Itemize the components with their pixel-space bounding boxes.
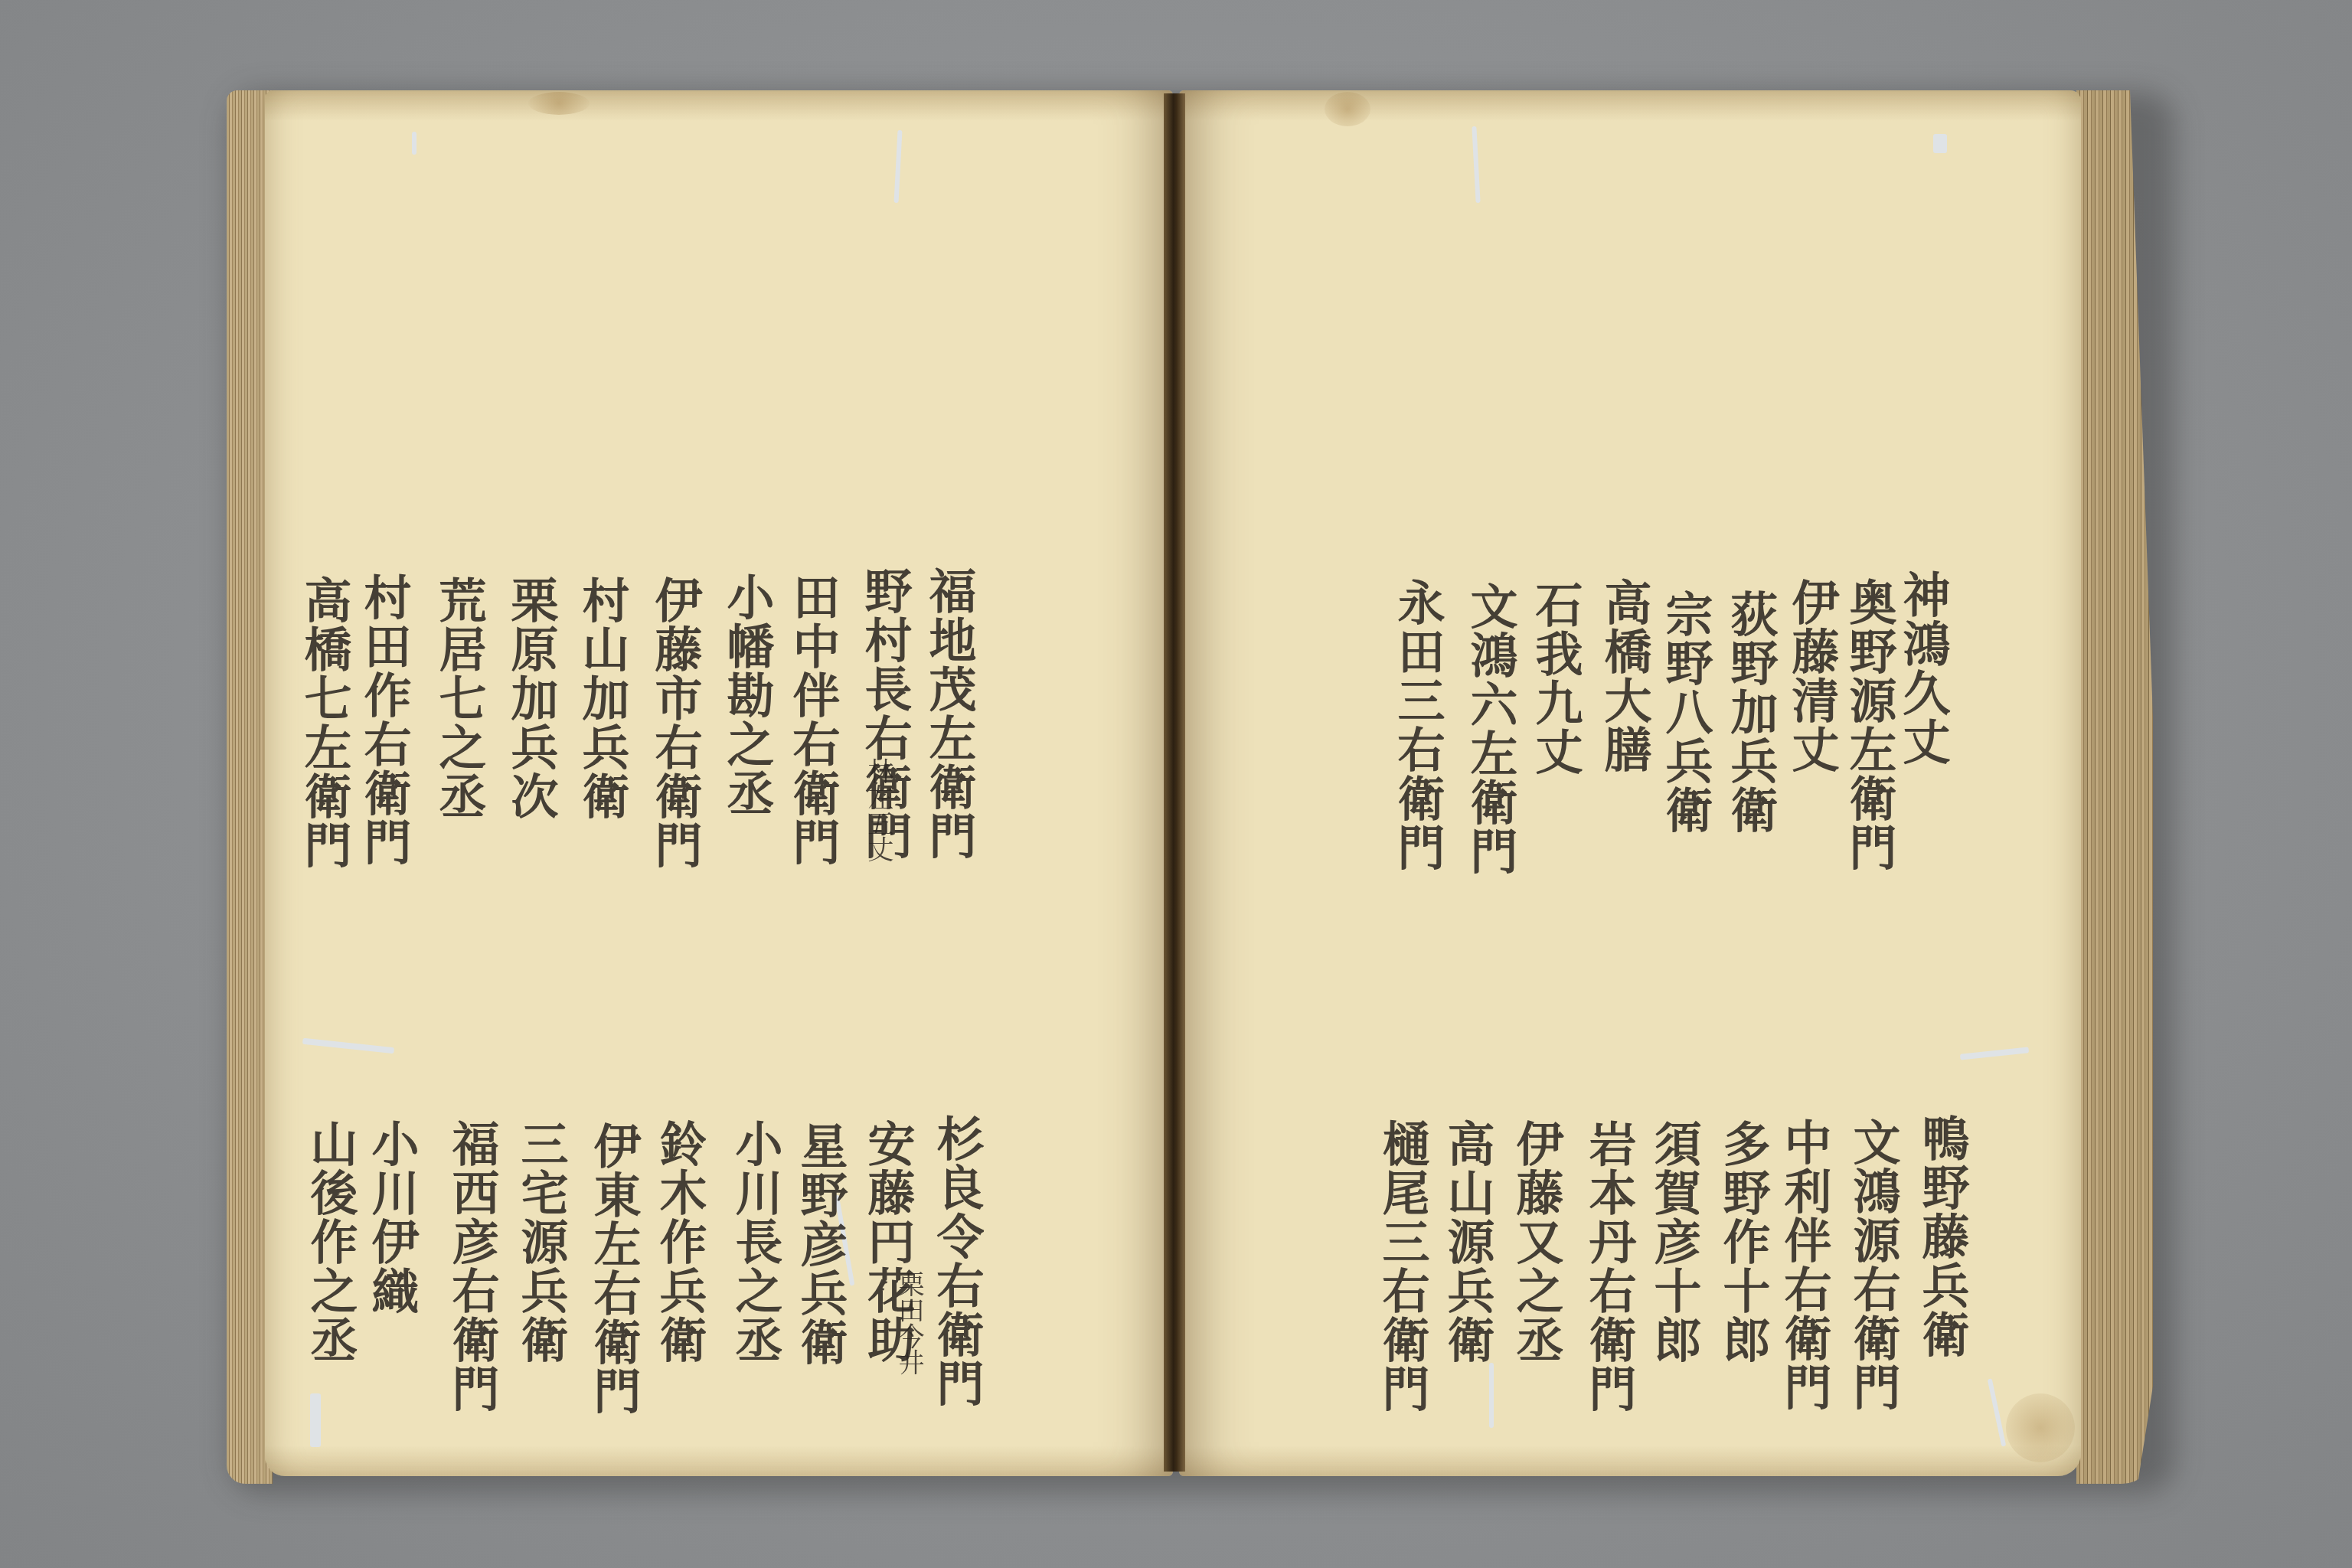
name-column: 永田三右衛門 [1393,578,1441,872]
name-column: 岩本丹右衛門 [1585,1119,1632,1413]
name-column: 神鴻久丈 [1899,570,1946,766]
paper-tear [1933,134,1947,153]
name-column: 三宅源兵衛 [517,1119,564,1364]
name-column: 須賀彦十郎 [1650,1119,1697,1364]
book-gutter [1164,93,1185,1472]
paper-tear [1489,1363,1494,1428]
annotation: 林左五丈 [865,758,891,862]
name-column: 石我九丈 [1531,580,1579,776]
name-column: 高橋大膳 [1600,578,1648,774]
name-column: 荻野加兵衛 [1726,590,1774,835]
paper-tear [412,132,416,155]
name-column: 樋尾三右衛門 [1378,1119,1426,1413]
name-column: 伊藤又之丞 [1512,1119,1560,1364]
name-column: 荒居七之丞 [435,576,482,821]
name-column: 高山源兵衛 [1443,1119,1491,1364]
name-column: 田中伴右衛門 [789,573,836,867]
name-column: 高橋七左衛門 [300,576,348,870]
name-column: 栗原加兵次 [507,576,554,821]
name-column: 星野彦兵衛 [796,1122,844,1367]
name-column: 福地茂左衛門 [925,567,972,861]
name-column: 文鴻六左衛門 [1466,582,1514,876]
water-stain [1325,92,1370,126]
name-column: 伊藤清丈 [1788,578,1835,774]
name-column: 鈴木作兵衛 [655,1119,703,1364]
name-column: 福西彦右衛門 [448,1119,495,1413]
name-column: 小幡勘之丞 [723,573,770,818]
name-column: 伊藤市右衛門 [651,576,698,870]
name-column: 小川伊織 [367,1119,415,1315]
name-column: 杉良令右衛門 [933,1114,980,1408]
name-column: 奥野源左衛門 [1845,578,1893,872]
name-column: 宗野八兵衛 [1661,590,1709,835]
name-column: 小川長之丞 [731,1119,779,1364]
water-stain [528,92,590,115]
paper-tear [310,1393,321,1447]
name-column: 山後作之丞 [306,1119,354,1364]
name-column: 文鴻源右衛門 [1849,1118,1896,1412]
name-column: 鴨野藤兵衛 [1918,1114,1965,1359]
name-column: 村田作右衛門 [360,573,407,867]
name-column: 村山加兵衛 [578,576,626,821]
water-stain [2006,1393,2075,1462]
annotation: 栗田今井 [896,1271,922,1375]
name-column: 中利伴右衛門 [1780,1118,1828,1412]
name-column: 伊東左右衛門 [590,1122,637,1416]
name-column: 多野作十郎 [1719,1119,1766,1364]
